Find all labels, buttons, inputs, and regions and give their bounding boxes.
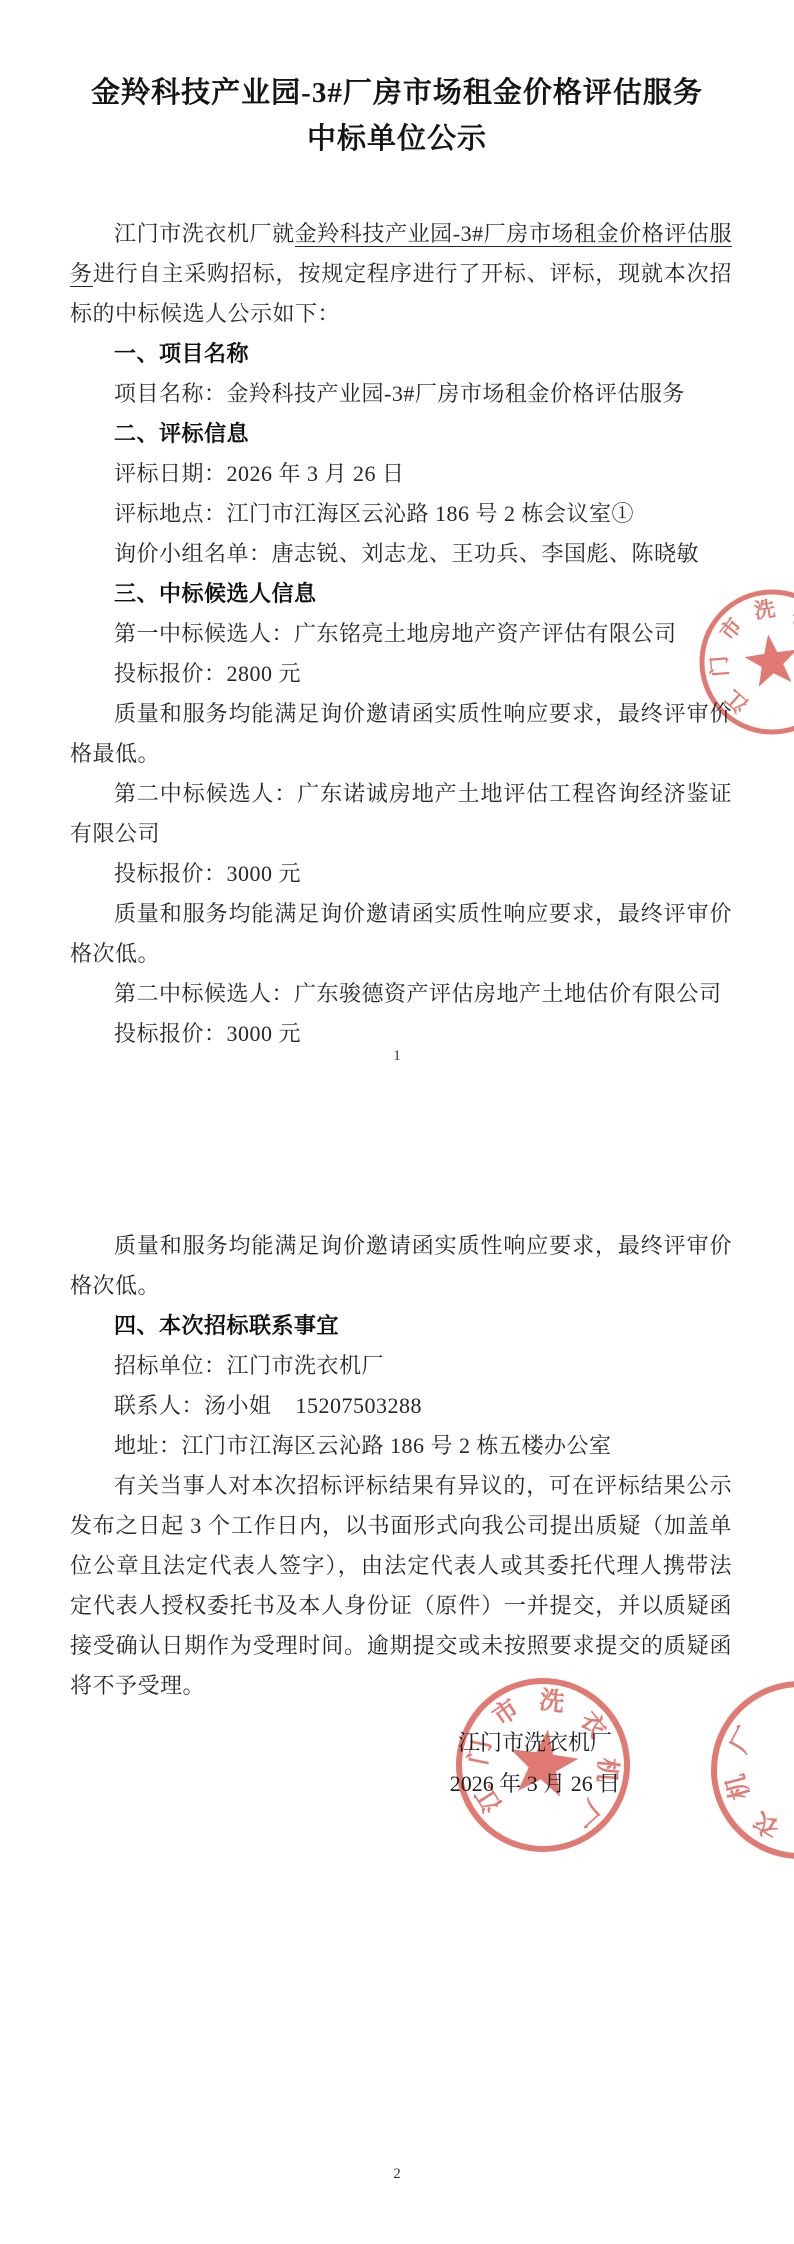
candidate-1-price-line: 投标报价：2800 元 <box>70 654 732 694</box>
official-seal-page2-partial: 江门市洗衣机厂 <box>710 1680 794 1860</box>
document-title-line1: 金羚科技产业园-3#厂房市场租金价格评估服务 <box>0 70 794 116</box>
section-4-heading: 四、本次招标联系事宜 <box>70 1306 732 1346</box>
intro-prefix: 江门市洗衣机厂就 <box>114 221 295 246</box>
candidate-1-note: 质量和服务均能满足询价邀请函实质性响应要求，最终评审价格最低。 <box>70 694 732 774</box>
candidate-2-note: 质量和服务均能满足询价邀请函实质性响应要求，最终评审价格次低。 <box>70 894 732 974</box>
seal-text-ring: 江门市洗衣机厂 <box>710 1695 794 1860</box>
document-title-line2: 中标单位公示 <box>0 116 794 162</box>
inquiry-group-line: 询价小组名单：唐志锐、刘志龙、王功兵、李国彪、陈晓敏 <box>70 534 732 574</box>
candidate-1-line: 第一中标候选人：广东铭亮土地房地产资产评估有限公司 <box>70 614 732 654</box>
candidate-2-price-line: 投标报价：3000 元 <box>70 854 732 894</box>
section-3-heading: 三、中标候选人信息 <box>70 574 732 614</box>
signature-organization: 江门市洗衣机厂 <box>415 1722 655 1763</box>
intro-paragraph: 江门市洗衣机厂就金羚科技产业园-3#厂房市场租金价格评估服务进行自主采购招标，按… <box>70 214 732 334</box>
candidate-3-note: 质量和服务均能满足询价邀请函实质性响应要求，最终评审价格次低。 <box>70 1226 732 1306</box>
seal-character: 厂 <box>725 1722 761 1757</box>
evaluation-date-line: 评标日期：2026 年 3 月 26 日 <box>70 454 732 494</box>
seal-star <box>742 631 794 689</box>
tender-unit-line: 招标单位：江门市洗衣机厂 <box>70 1346 732 1386</box>
document-title: 金羚科技产业园-3#厂房市场租金价格评估服务 中标单位公示 <box>0 70 794 162</box>
section-1-heading: 一、项目名称 <box>70 334 732 374</box>
page2-body: 质量和服务均能满足询价邀请函实质性响应要求，最终评审价格次低。 四、本次招标联系… <box>70 1226 732 1706</box>
seal-character: 衣 <box>749 1806 785 1843</box>
page-2-number: 2 <box>0 2166 794 2183</box>
candidate-2-line: 第二中标候选人：广东诺诚房地产土地评估工程咨询经济鉴证有限公司 <box>70 774 732 854</box>
seal-character: 洗 <box>753 597 777 624</box>
objection-paragraph: 有关当事人对本次招标评标结果有异议的，可在评标结果公示发布之日起 3 个工作日内… <box>70 1466 732 1706</box>
seal-character: 机 <box>721 1771 756 1803</box>
candidate-3-line: 第二中标候选人：广东骏德资产评估房地产土地估价有限公司 <box>70 974 732 1014</box>
signature-date: 2026 年 3 月 26 日 <box>415 1763 655 1804</box>
address-line: 地址：江门市江海区云沁路 186 号 2 栋五楼办公室 <box>70 1426 732 1466</box>
contact-line: 联系人：汤小姐 15207503288 <box>70 1386 732 1426</box>
evaluation-place-line: 评标地点：江门市江海区云沁路 186 号 2 栋会议室① <box>70 494 732 534</box>
document-page: 江门市洗衣机厂 江门市洗衣机厂 江门市洗衣机厂 金羚科技产业园-3#厂房市场租金… <box>0 0 794 2244</box>
page1-body: 江门市洗衣机厂就金羚科技产业园-3#厂房市场租金价格评估服务进行自主采购招标，按… <box>70 214 732 1054</box>
section-2-heading: 二、评标信息 <box>70 414 732 454</box>
project-name-line: 项目名称：金羚科技产业园-3#厂房市场租金价格评估服务 <box>70 374 732 414</box>
page-1-number: 1 <box>0 1048 794 1065</box>
seal-character: 衣 <box>787 604 794 635</box>
signature-block: 江门市洗衣机厂 2026 年 3 月 26 日 <box>415 1722 655 1804</box>
intro-suffix: 进行自主采购招标，按规定程序进行了开标、评标，现就本次招标的中标候选人公示如下： <box>70 261 732 326</box>
